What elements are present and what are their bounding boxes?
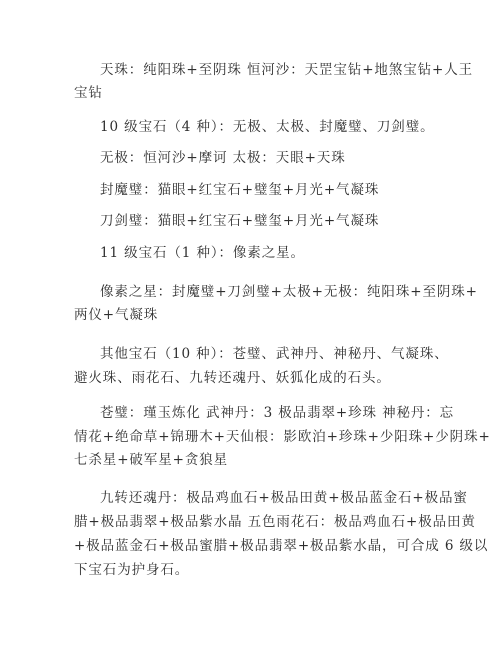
text-line: 情花+绝命草+锦珊木+天仙根：影欧泊+珍珠+少阳珠+少阴珠+ xyxy=(74,429,491,445)
text-line: 天珠：纯阳珠+至阴珠 恒河沙：天罡宝钻+地煞宝钻+人王 xyxy=(100,62,473,78)
text-line: 九转还魂丹：极品鸡血石+极品田黄+极品蓝金石+极品蜜 xyxy=(100,490,468,506)
text-line: 苍璧：瑾玉炼化 武神丹：3 极品翡翠+珍珠 神秘丹：忘 xyxy=(100,405,454,421)
text-line: 11 级宝石（1 种）：像素之星。 xyxy=(100,245,305,261)
text-line: 宝钻 xyxy=(74,85,103,101)
text-line: 刀剑璧：猫眼+红宝石+璧玺+月光+气凝珠 xyxy=(100,213,379,229)
text-line: +极品蓝金石+极品蜜腊+极品翡翠+极品紫水晶，可合成 6 级以 xyxy=(74,538,488,554)
text-line: 避火珠、雨花石、九转还魂丹、妖狐化成的石头。 xyxy=(74,370,391,386)
text-line: 10 级宝石（4 种）：无极、太极、封魔璧、刀剑璧。 xyxy=(100,119,435,135)
text-line: 像素之星：封魔璧+刀剑璧+太极+无极：纯阳珠+至阴珠+ xyxy=(100,284,478,300)
text-line: 七杀星+破军星+贪狼星 xyxy=(74,452,228,468)
text-line: 下宝石为护身石。 xyxy=(74,562,189,578)
text-line: 无极：恒河沙+摩诃 太极：天眼+天珠 xyxy=(100,150,346,166)
document-page: 天珠：纯阳珠+至阴珠 恒河沙：天罡宝钻+地煞宝钻+人王 宝钻 10 级宝石（4 … xyxy=(0,0,500,647)
text-line: 其他宝石（10 种）：苍璧、武神丹、神秘丹、气凝珠、 xyxy=(100,346,449,362)
text-line: 腊+极品翡翠+极品紫水晶 五色雨花石：极品鸡血石+极品田黄 xyxy=(74,514,476,530)
text-line: 两仪+气凝珠 xyxy=(74,307,158,323)
text-line: 封魔璧：猫眼+红宝石+璧玺+月光+气凝珠 xyxy=(100,182,379,198)
